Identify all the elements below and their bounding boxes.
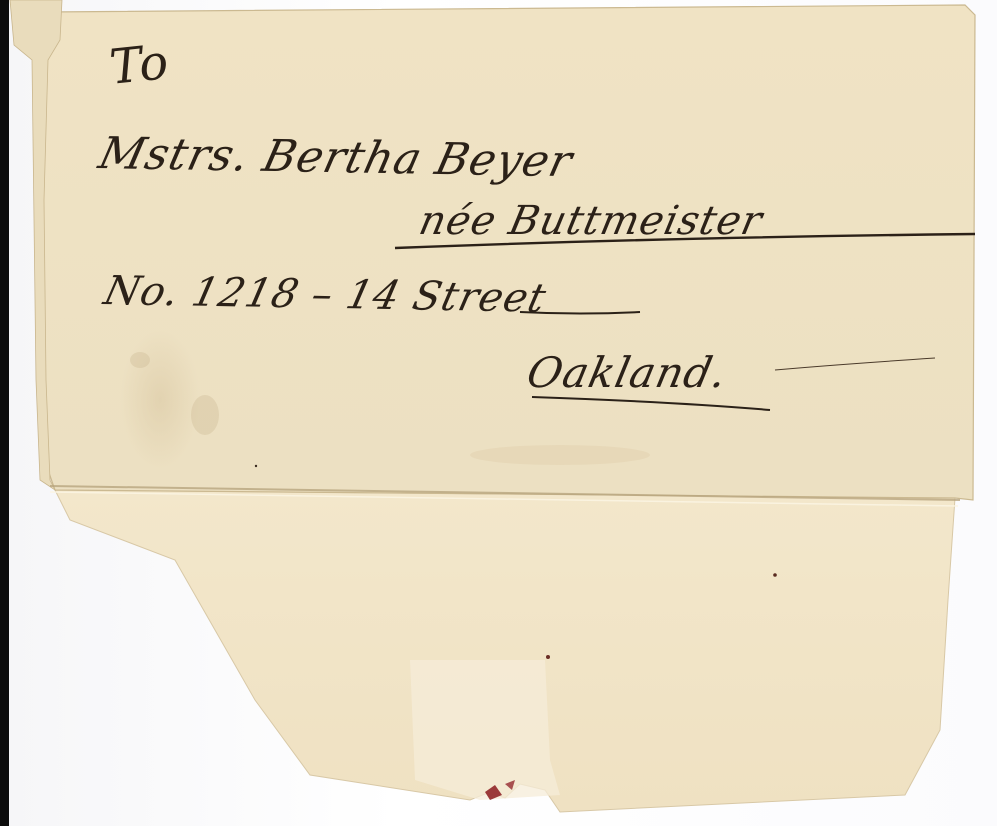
street-address: No. 1218 – 14 Street — [100, 268, 551, 322]
city-name: Oakland. — [523, 348, 732, 397]
maiden-name: née Buttmeister — [415, 198, 767, 244]
envelope-paper — [0, 0, 997, 826]
scanned-document: To Mstrs. Bertha Beyer née Buttmeister N… — [0, 0, 997, 826]
salutation-text: To — [107, 34, 172, 96]
recipient-name: Mstrs. Bertha Beyer — [94, 128, 578, 187]
